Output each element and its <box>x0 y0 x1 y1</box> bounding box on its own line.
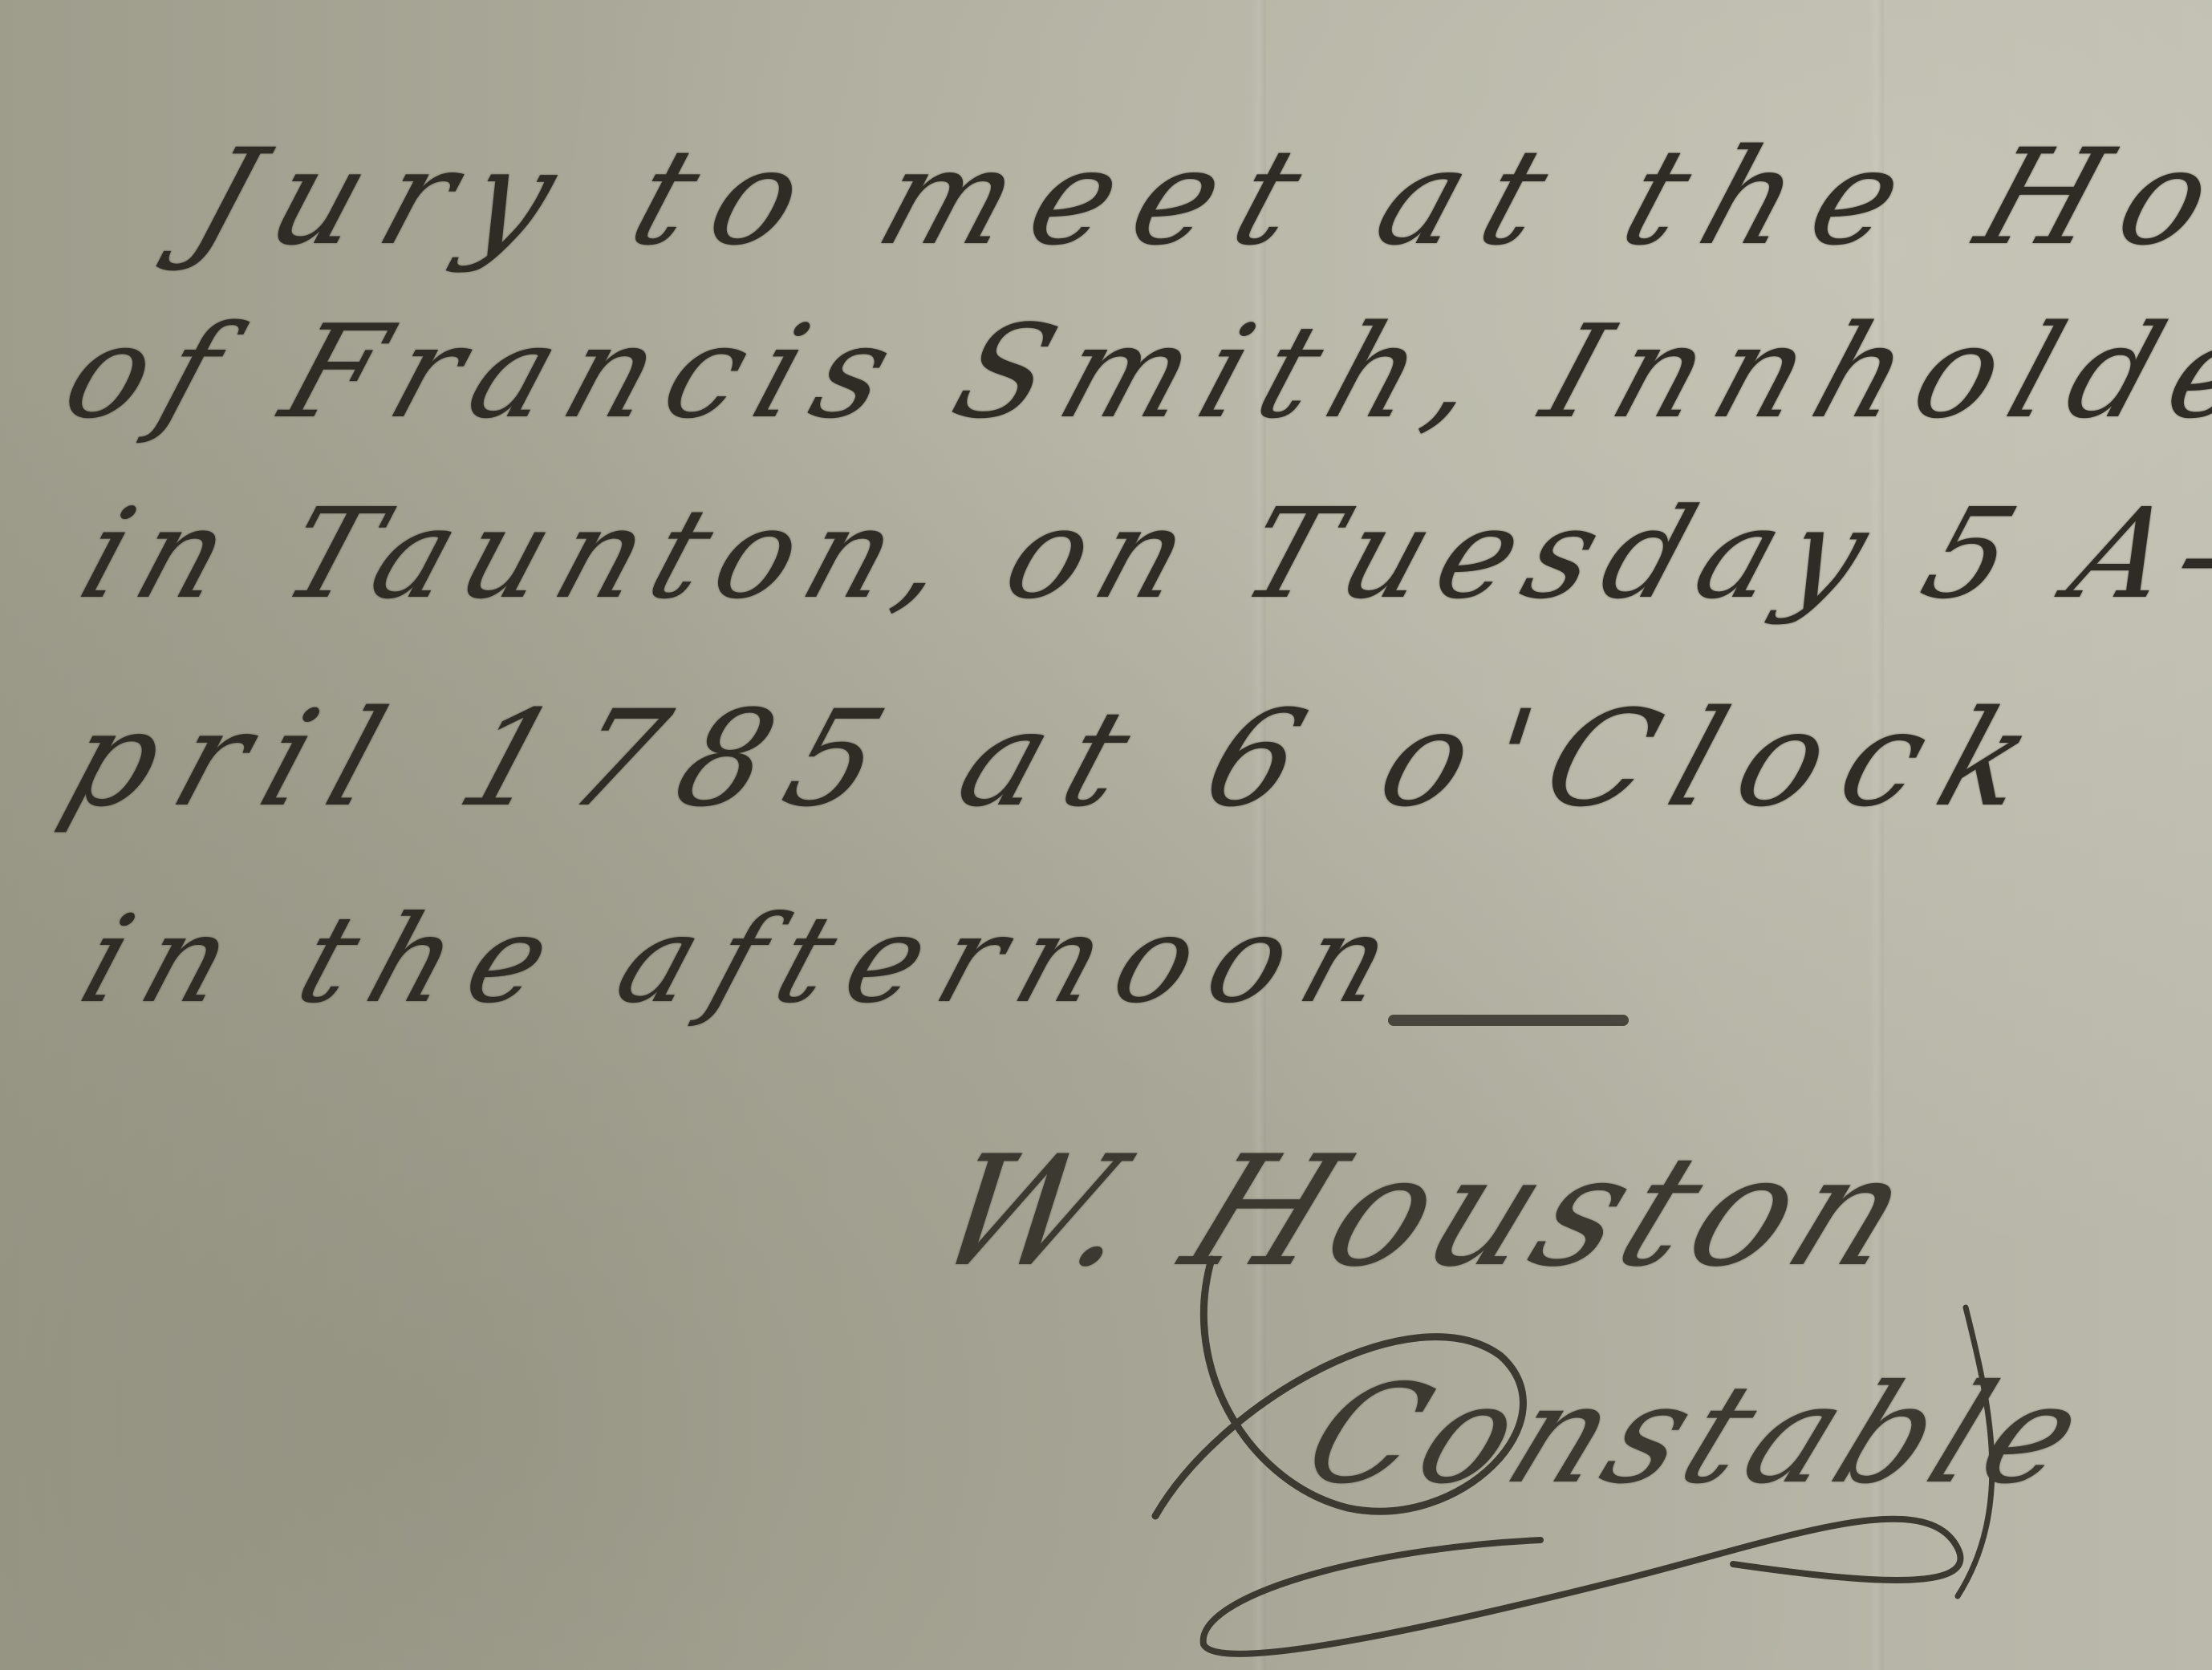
text-line-5: in the afternoon <box>66 890 1428 1030</box>
paper-sheet: Jury to meet at the House of Francis Smi… <box>0 0 2212 1670</box>
closing-dash-stroke <box>1388 1015 1629 1026</box>
text-line-2: of Francis Smith, Innholder <box>48 297 2212 447</box>
text-line-3: in Taunton, on Tuesday 5 A- <box>65 481 2212 626</box>
text-line-4: pril 1785 at 6 o'Clock <box>47 682 2075 836</box>
signature-flourish-icon <box>1123 1243 2166 1660</box>
text-line-1: Jury to meet at the House <box>176 120 2212 274</box>
